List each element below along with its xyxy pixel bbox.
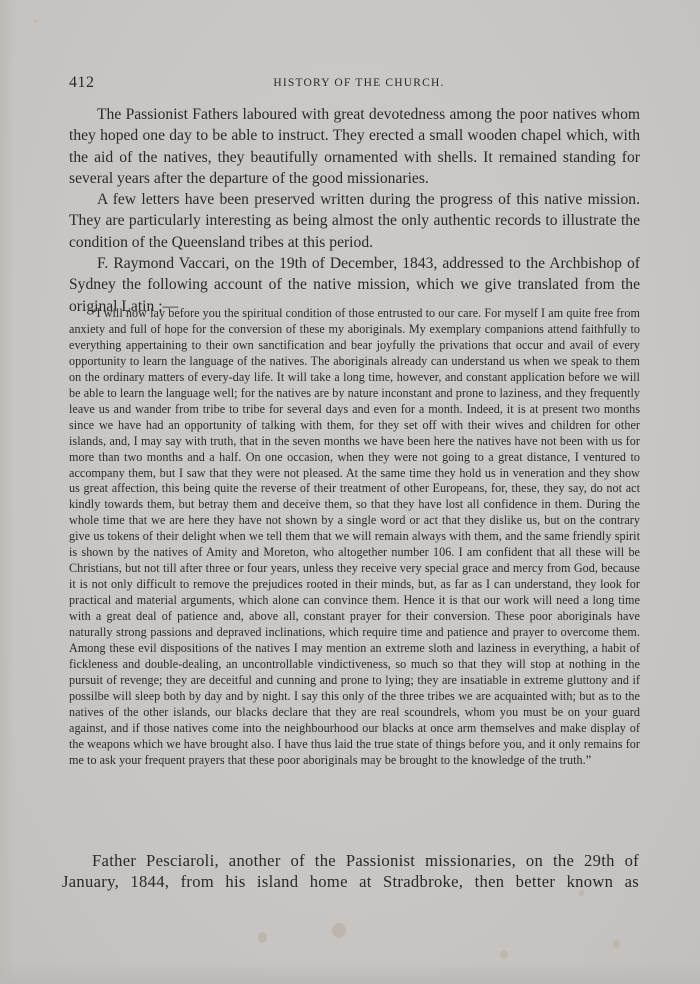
paragraph: Father Pesciaroli, another of the Passio… (62, 850, 639, 892)
paper-speck (332, 923, 346, 938)
paragraph: A few letters have been preserved writte… (69, 189, 640, 253)
paper-speck (34, 20, 37, 23)
page-edge-shadow-left (0, 0, 14, 984)
paper-speck (500, 950, 508, 959)
body-text-block: The Passionist Fathers laboured with gre… (69, 104, 640, 317)
paragraph: The Passionist Fathers laboured with gre… (69, 104, 640, 189)
continuing-paragraph: Father Pesciaroli, another of the Passio… (62, 850, 639, 892)
block-quote-letter: “I will now lay before you the spiritual… (69, 306, 640, 769)
quoted-letter-text: “I will now lay before you the spiritual… (69, 306, 640, 769)
paper-speck (258, 932, 267, 943)
scanned-book-page: 412 HISTORY OF THE CHURCH. The Passionis… (0, 0, 700, 984)
running-header: 412 HISTORY OF THE CHURCH. (69, 74, 649, 94)
running-title: HISTORY OF THE CHURCH. (69, 77, 649, 89)
paper-speck (613, 940, 620, 948)
page-edge-shadow-bottom (0, 962, 700, 984)
